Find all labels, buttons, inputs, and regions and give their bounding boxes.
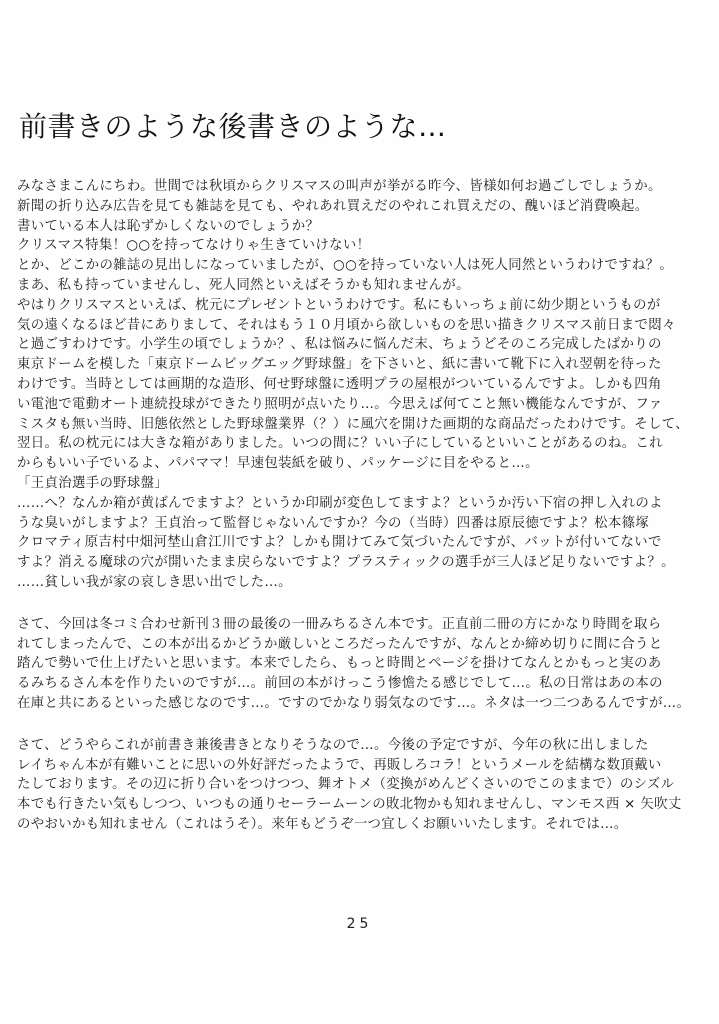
text-line: ミスタも無い当時、旧態依然とした野球盤業界（？）に風穴を開けた画期的な商品だった… bbox=[17, 415, 717, 435]
text-line: 本でも行きたい気もしつつ、いつもの通りセーラームーンの敗北物かも知れませんし、マ… bbox=[17, 795, 717, 815]
text-line: レイちゃん本が有難いことに思いの外好評だったようで、再販しろコラ！というメールを… bbox=[17, 756, 717, 776]
text-line: 東京ドームを模した「東京ドームビッグエッグ野球盤」を下さいと、紙に書いて靴下に入… bbox=[17, 355, 717, 375]
text-line: 書いている本人は恥ずかしくないのでしょうか？ bbox=[17, 217, 717, 237]
text-line: 踏んで勢いで仕上げたいと思います。本来でしたら、もっと時間とページを掛けてなんと… bbox=[17, 654, 717, 674]
text-line: 気の遠くなるほど昔にありまして、それはもう１０月頃から欲しいものを思い描きクリス… bbox=[17, 316, 717, 336]
text-line: い電池で電動オート連続投球ができたり照明が点いたり…。今思えば何てこと無い機能な… bbox=[17, 395, 717, 415]
text-line: やはりクリスマスといえば、枕元にプレゼントというわけです。私にもいっちょ前に幼少… bbox=[17, 296, 717, 316]
text-line: たしております。その辺に折り合いをつけつつ、舞オトメ（変換がめんどくさいのでこの… bbox=[17, 775, 717, 795]
text-line: 「王貞治選手の野球盤」 bbox=[17, 474, 717, 494]
paragraph-intro: みなさまこんにちわ。世間では秋頃からクリスマスの叫声が挙がる昨今、皆様如何お過ご… bbox=[17, 177, 717, 593]
text-line: さて、今回は冬コミ合わせ新刊３冊の最後の一冊みちるさん本です。正直前二冊の方にか… bbox=[17, 615, 717, 635]
text-line: からもいい子でいるよ、パパママ！早速包装紙を破り、パッケージに目をやると…。 bbox=[17, 454, 717, 474]
page-title: 前書きのような後書きのような… bbox=[19, 110, 447, 144]
text-line: まあ、私も持っていませんし、死人同然といえばそうかも知れませんが。 bbox=[17, 276, 717, 296]
text-line: 翌日。私の枕元には大きな箱がありました。いつの間に？いい子にしているといいことが… bbox=[17, 434, 717, 454]
text-line: すよ？消える魔球の穴が開いたまま戻らないですよ？プラスティックの選手が三人ほど足… bbox=[17, 553, 717, 573]
paragraph-new-release: さて、今回は冬コミ合わせ新刊３冊の最後の一冊みちるさん本です。正直前二冊の方にか… bbox=[17, 615, 717, 714]
text-line: みなさまこんにちわ。世間では秋頃からクリスマスの叫声が挙がる昨今、皆様如何お過ご… bbox=[17, 177, 717, 197]
text-line: クロマティ原吉村中畑河埜山倉江川ですよ？しかも開けてみて気づいたんですが、バット… bbox=[17, 533, 717, 553]
text-line: ……へ？なんか箱が黄ばんでますよ？というか印刷が変色してますよ？というか汚い下宿… bbox=[17, 494, 717, 514]
text-line: れてしまったんで、この本が出るかどうか厳しいところだったんですが、なんとか締め切… bbox=[17, 635, 717, 655]
text-line: 在庫と共にあるといった感じなのです…。ですのでかなり弱気なのです…。ネタは一つ二… bbox=[17, 694, 717, 714]
text-line: のやおいかも知れません（これはうそ）。来年もどうぞ一つ宜しくお願いいたします。そ… bbox=[17, 815, 717, 835]
page-number: 25 bbox=[0, 916, 719, 932]
text-line: クリスマス特集！○○を持ってなけりゃ生きていけない！ bbox=[17, 236, 717, 256]
text-line: うな臭いがしますよ？王貞治って監督じゃないんですか？今の（当時）四番は原辰徳です… bbox=[17, 514, 717, 534]
text-line: るみちるさん本を作りたいのですが…。前回の本がけっこう惨憺たる感じでして…。私の… bbox=[17, 674, 717, 694]
document-page: 前書きのような後書きのような… みなさまこんにちわ。世間では秋頃からクリスマスの… bbox=[0, 0, 719, 1024]
text-line: ……貧しい我が家の哀しき思い出でした…。 bbox=[17, 573, 717, 593]
body-text: みなさまこんにちわ。世間では秋頃からクリスマスの叫声が挙がる昨今、皆様如何お過ご… bbox=[17, 177, 717, 857]
text-line: 新聞の折り込み広告を見ても雑誌を見ても、やれあれ買えだのやれこれ買えだの、醜いほ… bbox=[17, 197, 717, 217]
text-line: と過ごすわけです。小学生の頃でしょうか？、私は悩みに悩んだ末、ちょうどそのころ完… bbox=[17, 335, 717, 355]
text-line: とか、どこかの雑誌の見出しになっていましたが、○○を持っていない人は死人同然とい… bbox=[17, 256, 717, 276]
paragraph-future-plans: さて、どうやらこれが前書き兼後書きとなりそうなので…。今後の予定ですが、今年の秋… bbox=[17, 736, 717, 835]
text-line: わけです。当時としては画期的な造形、何せ野球盤に透明プラの屋根がついているんです… bbox=[17, 375, 717, 395]
text-line: さて、どうやらこれが前書き兼後書きとなりそうなので…。今後の予定ですが、今年の秋… bbox=[17, 736, 717, 756]
